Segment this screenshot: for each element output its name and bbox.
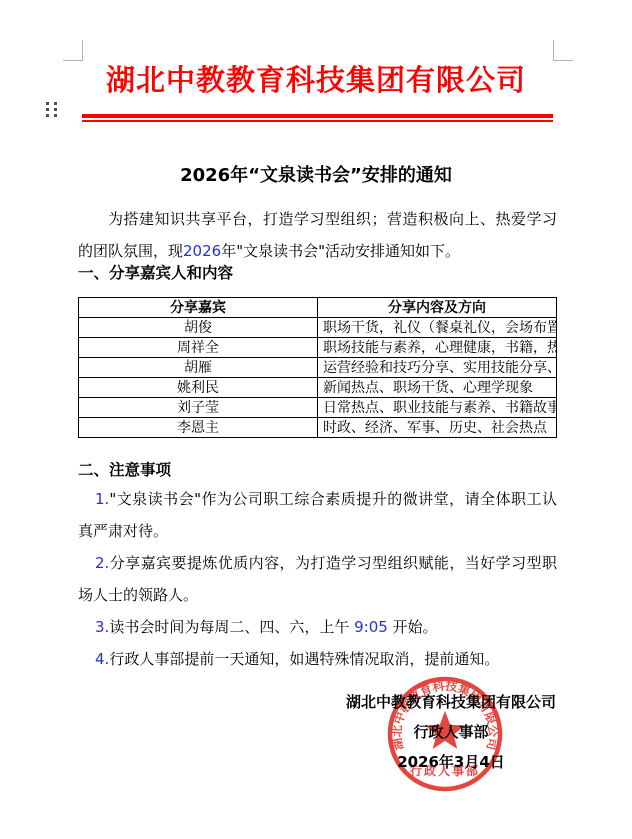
signature-department: 行政人事部: [343, 717, 559, 747]
guest-name-cell: 姚利民: [79, 378, 318, 398]
table-header-content: 分享内容及方向: [318, 298, 557, 318]
note-item-4: 4.行政人事部提前一天通知，如遇特殊情况取消，提前通知。: [78, 643, 557, 675]
note-item-3: 3.读书会时间为每周二、四、六，上午 9:05 开始。: [78, 611, 557, 643]
guest-content-cell: 新闻热点、职场干货、心理学现象: [318, 378, 557, 398]
table-header-row: 分享嘉宾 分享内容及方向: [79, 298, 557, 318]
document-page: 湖北中教教育科技集团有限公司 2026年“文泉读书会”安排的通知 为搭建知识共享…: [0, 0, 632, 839]
red-divider-thin-line: [82, 120, 553, 122]
intro-year: 2026: [183, 242, 221, 260]
notice-title: 2026年“文泉读书会”安排的通知: [0, 161, 632, 187]
signature-block: 湖北中教教育科技集团有限公司 行政人事部 2026年3月4日: [343, 687, 559, 777]
guest-content-cell: 职场干货，礼仪（餐桌礼仪，会场布置礼仪等）: [318, 318, 557, 338]
guests-table: 分享嘉宾 分享内容及方向 胡俊 职场干货，礼仪（餐桌礼仪，会场布置礼仪等） 周祥…: [78, 297, 557, 438]
note-time: 9:05: [354, 618, 388, 636]
section-two-heading: 二、注意事项: [78, 458, 171, 480]
guest-content-cell: 日常热点、职业技能与素养、书籍故事分享: [318, 398, 557, 418]
guest-name-cell: 李恩主: [79, 418, 318, 438]
note-text: 行政人事部提前一天通知，如遇特殊情况取消，提前通知。: [109, 650, 499, 668]
note-text: 开始。: [388, 618, 438, 636]
table-row: 周祥全 职场技能与素养，心理健康，书籍，热点新闻，时政经济: [79, 338, 557, 358]
table-row: 李恩主 时政、经济、军事、历史、社会热点: [79, 418, 557, 438]
drag-handle-icon[interactable]: [46, 102, 57, 117]
guest-name-cell: 胡雁: [79, 358, 318, 378]
intro-text-after-year: 年"文泉读书会"活动安排通知如下。: [221, 242, 460, 260]
table-row: 胡俊 职场干货，礼仪（餐桌礼仪，会场布置礼仪等）: [79, 318, 557, 338]
note-number: 4.: [95, 650, 109, 668]
guest-content-cell: 职场技能与素养，心理健康，书籍，热点新闻，时政经济: [318, 338, 557, 358]
guest-content-cell: 运营经验和技巧分享、实用技能分享、职场干货: [318, 358, 557, 378]
note-item-1: 1."文泉读书会"作为公司职工综合素质提升的微讲堂，请全体职工认真严肃对待。: [78, 483, 557, 547]
guest-name-cell: 刘子莹: [79, 398, 318, 418]
notes-list: 1."文泉读书会"作为公司职工综合素质提升的微讲堂，请全体职工认真严肃对待。 2…: [78, 483, 557, 675]
table-header-guest: 分享嘉宾: [79, 298, 318, 318]
note-text: "文泉读书会"作为公司职工综合素质提升的微讲堂，请全体职工认真严肃对待。: [78, 490, 557, 540]
red-divider: [82, 114, 553, 122]
note-text: 读书会时间为每周二、四、六，上午: [109, 618, 354, 636]
table-row: 胡雁 运营经验和技巧分享、实用技能分享、职场干货: [79, 358, 557, 378]
signature-date: 2026年3月4日: [343, 747, 559, 777]
note-number: 1.: [95, 490, 109, 508]
section-one-heading: 一、分享嘉宾人和内容: [78, 261, 233, 283]
guest-content-cell: 时政、经济、军事、历史、社会热点: [318, 418, 557, 438]
note-text: 分享嘉宾要提炼优质内容，为打造学习型组织赋能，当好学习型职场人士的领路人。: [78, 554, 557, 604]
intro-paragraph: 为搭建知识共享平台，打造学习型组织；营造积极向上、热爱学习的团队氛围，现2026…: [78, 203, 557, 267]
guest-name-cell: 周祥全: [79, 338, 318, 358]
table-row: 刘子莹 日常热点、职业技能与素养、书籍故事分享: [79, 398, 557, 418]
signature-company: 湖北中教教育科技集团有限公司: [343, 687, 559, 717]
note-number: 2.: [95, 554, 109, 572]
note-number: 3.: [95, 618, 109, 636]
note-item-2: 2.分享嘉宾要提炼优质内容，为打造学习型组织赋能，当好学习型职场人士的领路人。: [78, 547, 557, 611]
guest-name-cell: 胡俊: [79, 318, 318, 338]
company-letterhead-title: 湖北中教教育科技集团有限公司: [0, 58, 632, 99]
table-row: 姚利民 新闻热点、职场干货、心理学现象: [79, 378, 557, 398]
